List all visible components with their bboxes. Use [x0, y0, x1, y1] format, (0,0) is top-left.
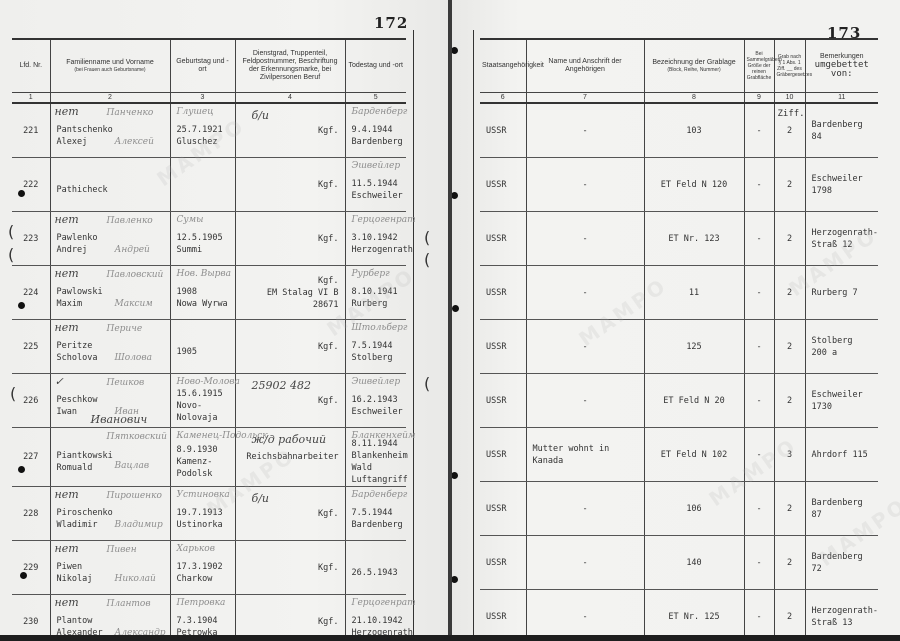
- birth-place: Summi: [177, 244, 229, 256]
- col-header-death: Todestag und -ort: [345, 39, 406, 93]
- grave-size: -: [744, 320, 774, 374]
- relatives: -: [526, 482, 644, 536]
- table-row: 224нетПавловскийPawlowskiMaximМаксимНов.…: [12, 266, 406, 320]
- rank-detail: EM Stalag VI B 28671: [242, 287, 339, 311]
- page-number-left: 172: [374, 14, 408, 32]
- death-place: Eschweiler: [352, 406, 401, 418]
- handwritten-surname: Плантов: [107, 598, 151, 610]
- punch-hole: [452, 305, 459, 312]
- name-cell: нетПанченкоPantschenkoAlexejАлексей: [50, 103, 170, 158]
- col-num: 11: [805, 93, 878, 104]
- death-place: Bardenberg: [352, 136, 401, 148]
- grave-size: -: [744, 266, 774, 320]
- remarks: Bardenberg 87: [805, 482, 878, 536]
- entry-number: 229: [12, 541, 50, 595]
- handwritten-mark: нет: [55, 106, 79, 118]
- header-row: Staatsangehörigkeit Name und Anschrift d…: [480, 39, 878, 93]
- handwritten-deathplace: Барденберг: [352, 106, 408, 118]
- remarks: Bardenberg 84: [805, 103, 878, 158]
- margin-line: [413, 30, 414, 635]
- relatives: -: [526, 536, 644, 590]
- entry-number: 222: [12, 158, 50, 212]
- entry-number: 224: [12, 266, 50, 320]
- handwritten-deathplace: Штольберг: [352, 322, 408, 334]
- death-place: Bardenberg: [352, 519, 401, 531]
- birth-cell: Устиновка19.7.1913Ustinorka: [170, 487, 235, 541]
- punch-hole: [452, 576, 458, 583]
- right-page: 173 Staatsangehörigkeit Name und Anschri…: [452, 0, 900, 641]
- table-row: USSR-11-2Rurberg 7: [480, 266, 878, 320]
- death-place: Blankenheim Wald Luftangriff: [352, 450, 401, 486]
- handwritten-surname: Пирошенко: [107, 490, 162, 502]
- name-cell: нетПавловскийPawlowskiMaximМаксим: [50, 266, 170, 320]
- handwritten-firstname: Николай: [115, 573, 156, 585]
- column-number-row: 1 2 3 4 5: [12, 93, 406, 104]
- rank-cell: б/иKgf.: [235, 487, 345, 541]
- rank-cell: Kgf.EM Stalag VI B 28671: [235, 266, 345, 320]
- relatives: -: [526, 320, 644, 374]
- handwritten-mark: нет: [55, 322, 79, 334]
- death-place: Stolberg: [352, 352, 401, 364]
- grave-size: -: [744, 212, 774, 266]
- handwritten-deathplace: Эшвейлер: [352, 160, 401, 172]
- col-header-nationality: Staatsangehörigkeit: [480, 39, 526, 93]
- binding-mark: (: [424, 374, 430, 393]
- name-cell: нетПирошенкоPiroschenkoWladimirВладимир: [50, 487, 170, 541]
- birth-place: Novo-Nolovaja: [177, 400, 229, 424]
- rank: Kgf.: [242, 341, 339, 353]
- handwritten-rank-note: б/и: [252, 110, 270, 122]
- handwritten-deathplace: Бланкенхейм: [352, 430, 416, 442]
- rank-cell: Kgf.: [235, 541, 345, 595]
- grave-law-ziff: 2: [774, 374, 805, 428]
- binding-mark: (: [424, 228, 430, 247]
- birth-cell: [170, 158, 235, 212]
- rank-cell: Kgf.: [235, 158, 345, 212]
- binding-mark: (: [10, 384, 16, 403]
- death-cell: Барденберг7.5.1944Bardenberg: [345, 487, 406, 541]
- table-row: 222PathicheckKgf.Эшвейлер11.5.1944Eschwe…: [12, 158, 406, 212]
- col-num: 2: [50, 93, 170, 104]
- relatives: Mutter wohnt in Kanada: [526, 428, 644, 482]
- handwritten-deathplace: Барденберг: [352, 489, 408, 501]
- death-place: Herzogenrath: [352, 244, 401, 256]
- grave-size: -: [744, 590, 774, 641]
- birth-cell: 1905: [170, 320, 235, 374]
- remarks: Rurberg 7: [805, 266, 878, 320]
- entry-number: 227: [12, 428, 50, 487]
- col-header-birth: Geburtstag und -ort: [170, 39, 235, 93]
- handwritten-birthplace: Устиновка: [177, 489, 230, 501]
- handwritten-deathplace: Эшвейлер: [352, 376, 401, 388]
- binding-mark: (: [424, 250, 430, 269]
- death-cell: Эшвейлер11.5.1944Eschweiler: [345, 158, 406, 212]
- name-cell: нетПавленкоPawlenkoAndrejАндрей: [50, 212, 170, 266]
- nationality: USSR: [480, 428, 526, 482]
- table-row: USSRMutter wohnt in KanadaET Feld N 102-…: [480, 428, 878, 482]
- grave-law-ziff: 2: [774, 590, 805, 641]
- col-num: 5: [345, 93, 406, 104]
- grave-size: -: [744, 482, 774, 536]
- table-row: USSR-ET Nr. 125-2Herzogenrath-Straß 13: [480, 590, 878, 641]
- handwritten-rank-note: б/и: [252, 493, 270, 505]
- surname: Piantkowski: [57, 440, 164, 462]
- table-row: USSR-125-2Stolberg 200 a: [480, 320, 878, 374]
- handwritten-surname: Павловский: [107, 269, 164, 281]
- column-number-row: 6 7 8 9 10 11: [480, 93, 878, 104]
- burial-register-right-table: Staatsangehörigkeit Name und Anschrift d…: [480, 38, 878, 641]
- nationality: USSR: [480, 103, 526, 158]
- handwritten-rank-note: 25902 482: [252, 380, 312, 392]
- col-header-remarks: Bemerkungenumgebettet von:: [805, 39, 878, 93]
- table-row: USSR-140-2Bardenberg 72: [480, 536, 878, 590]
- rank: Reichsbahnarbeiter: [242, 451, 339, 463]
- birth-date: [177, 180, 229, 190]
- nationality: USSR: [480, 590, 526, 641]
- nationality: USSR: [480, 212, 526, 266]
- grave-location: ET Feld N 102: [644, 428, 744, 482]
- handwritten-surname: Пивен: [107, 544, 137, 556]
- table-row: 228нетПирошенкоPiroschenkoWladimirВладим…: [12, 487, 406, 541]
- death-cell: 26.5.1943: [345, 541, 406, 595]
- relatives: -: [526, 266, 644, 320]
- grave-size: -: [744, 374, 774, 428]
- table-row: USSR-103-Ziff.2Bardenberg 84: [480, 103, 878, 158]
- rank: Kgf.: [242, 508, 339, 520]
- scan-edge: [0, 635, 900, 641]
- birth-cell: Ново-Молова15.6.1915Novo-Nolovaja: [170, 374, 235, 428]
- handwritten-firstname: Шолова: [115, 352, 152, 364]
- handwritten-firstname: Владимир: [115, 519, 163, 531]
- name-cell: нетПеричеPeritzeScholovaШолова: [50, 320, 170, 374]
- table-row: 226✓ПешковPeschkowIwanИванИвановичНово-М…: [12, 374, 406, 428]
- col-num: 3: [170, 93, 235, 104]
- birth-cell: Сумы12.5.1905Summi: [170, 212, 235, 266]
- birth-place: Kamenz-Podolsk: [177, 456, 229, 480]
- relatives: -: [526, 212, 644, 266]
- grave-location: ET Feld N 120: [644, 158, 744, 212]
- col-header-grave-law: Grab nach § 1 Abs. 1 Ziff. __ des Gräber…: [774, 39, 805, 93]
- table-row: 221нетПанченкоPantschenkoAlexejАлексейГл…: [12, 103, 406, 158]
- death-place: Eschweiler: [352, 190, 401, 202]
- remarks: Stolberg 200 a: [805, 320, 878, 374]
- birth-date: 1905: [177, 336, 229, 358]
- grave-location: 125: [644, 320, 744, 374]
- birth-place: Nowa Wyrwa: [177, 298, 229, 310]
- table-row: USSR-106-2Bardenberg 87: [480, 482, 878, 536]
- col-num: 6: [480, 93, 526, 104]
- handwritten-surname: Пятковский: [107, 431, 167, 443]
- nationality: USSR: [480, 158, 526, 212]
- handwritten-mark: нет: [55, 597, 79, 609]
- handwritten-birthplace: Глушец: [177, 106, 214, 118]
- grave-law-ziff: 2: [774, 482, 805, 536]
- birth-cell: Глушец25.7.1921Gluschez: [170, 103, 235, 158]
- rank-cell: б/иKgf.: [235, 103, 345, 158]
- birth-place: Gluschez: [177, 136, 229, 148]
- grave-law-ziff: 2: [774, 212, 805, 266]
- relatives: -: [526, 158, 644, 212]
- grave-size: -: [744, 428, 774, 482]
- death-cell: Штольберг7.5.1944Stolberg: [345, 320, 406, 374]
- grave-location: 11: [644, 266, 744, 320]
- handwritten-mark: нет: [55, 268, 79, 280]
- death-cell: Барденберг9.4.1944Bardenberg: [345, 103, 406, 158]
- grave-law-ziff: 2: [774, 266, 805, 320]
- rank: Kgf.: [242, 395, 339, 407]
- name-cell: ПятковскийPiantkowskiRomualdВацлав: [50, 428, 170, 487]
- death-cell: Бланкенхейм8.11.1944Blankenheim Wald Luf…: [345, 428, 406, 487]
- handwritten-rank-note: ж/д рабочий: [252, 434, 327, 446]
- binding-mark: (: [8, 222, 14, 241]
- margin-line: [473, 30, 474, 635]
- handwritten-firstname: Алексей: [115, 136, 154, 148]
- punch-hole: [18, 466, 25, 473]
- handwritten-surname: Периче: [107, 323, 143, 335]
- death-cell: Эшвейлер16.2.1943Eschweiler: [345, 374, 406, 428]
- relatives: -: [526, 590, 644, 641]
- nationality: USSR: [480, 374, 526, 428]
- handwritten-surname: Павленко: [107, 215, 153, 227]
- left-page: 172 Lfd. Nr. Familienname und Vorname(be…: [0, 0, 448, 641]
- handwritten-birthplace: Ново-Молова: [177, 376, 240, 388]
- birth-cell: Нов. Вырва1908Nowa Wyrwa: [170, 266, 235, 320]
- punch-hole: [452, 472, 458, 479]
- handwritten-surname: Панченко: [107, 107, 154, 119]
- rank: Kgf.: [242, 233, 339, 245]
- grave-size: -: [744, 103, 774, 158]
- col-header-grave-location: Bezeichnung der Grablage(Block, Reihe, N…: [644, 39, 744, 93]
- death-date: 26.5.1943: [352, 557, 401, 579]
- col-num: 10: [774, 93, 805, 104]
- remarks: Herzogenrath-Straß 12: [805, 212, 878, 266]
- table-row: 223нетПавленкоPawlenkoAndrejАндрейСумы12…: [12, 212, 406, 266]
- handwritten-firstname: Вацлав: [115, 460, 150, 472]
- handwritten-firstname: Максим: [115, 298, 153, 310]
- relatives: -: [526, 103, 644, 158]
- grave-location: 140: [644, 536, 744, 590]
- grave-location: 103: [644, 103, 744, 158]
- col-num: 8: [644, 93, 744, 104]
- grave-location: ET Nr. 123: [644, 212, 744, 266]
- grave-law-ziff: 3: [774, 428, 805, 482]
- surname: Pathicheck: [57, 174, 164, 196]
- death-cell: Герцогенрат3.10.1942Herzogenrath: [345, 212, 406, 266]
- handwritten-deathplace: Герцогенрат: [352, 214, 416, 226]
- grave-size: -: [744, 158, 774, 212]
- handwritten-deathplace: Герцогенрат: [352, 597, 416, 609]
- nationality: USSR: [480, 320, 526, 374]
- handwritten-mark: нет: [55, 489, 79, 501]
- handwritten-birthplace: Сумы: [177, 214, 204, 226]
- grave-size: -: [744, 536, 774, 590]
- grave-location: 106: [644, 482, 744, 536]
- rank: Kgf.: [242, 125, 339, 137]
- grave-law-ziff: 2: [774, 536, 805, 590]
- col-num: 9: [744, 93, 774, 104]
- nationality: USSR: [480, 482, 526, 536]
- entry-number: 228: [12, 487, 50, 541]
- grave-location: ET Nr. 125: [644, 590, 744, 641]
- handwritten-patronymic: Иванович: [91, 414, 148, 426]
- birth-place: Charkow: [177, 573, 229, 585]
- col-num: 7: [526, 93, 644, 104]
- burial-register-left-table: Lfd. Nr. Familienname und Vorname(bei Fr…: [12, 38, 406, 641]
- handwritten-birthplace: Нов. Вырва: [177, 268, 232, 280]
- table-row: USSR-ET Feld N 120-2Eschweiler 1798: [480, 158, 878, 212]
- handwritten-birthplace: Петровка: [177, 597, 226, 609]
- rank: Kgf.: [242, 562, 339, 574]
- rank-cell: Kgf.: [235, 320, 345, 374]
- birth-cell: Каменец-Подольск8.9.1930Kamenz-Podolsk: [170, 428, 235, 487]
- punch-hole: [18, 302, 25, 309]
- remarks: Herzogenrath-Straß 13: [805, 590, 878, 641]
- nationality: USSR: [480, 536, 526, 590]
- table-row: 227ПятковскийPiantkowskiRomualdВацлавКам…: [12, 428, 406, 487]
- handwritten-deathplace: Рурберг: [352, 268, 390, 280]
- birth-cell: Харьков17.3.1902Charkow: [170, 541, 235, 595]
- entry-number: 226: [12, 374, 50, 428]
- punch-hole: [452, 47, 458, 54]
- handwritten-birthplace: Харьков: [177, 543, 215, 555]
- col-header-rank: Dienstgrad, Truppenteil, Feldpostnummer,…: [235, 39, 345, 93]
- punch-hole: [20, 572, 27, 579]
- name-cell: ✓ПешковPeschkowIwanИванИванович: [50, 374, 170, 428]
- header-row: Lfd. Nr. Familienname und Vorname(bei Fr…: [12, 39, 406, 93]
- death-place: Rurberg: [352, 298, 401, 310]
- handwritten-surname: Пешков: [107, 377, 145, 389]
- rank-cell: ж/д рабочийReichsbahnarbeiter: [235, 428, 345, 487]
- col-num: 4: [235, 93, 345, 104]
- col-header-nr: Lfd. Nr.: [12, 39, 50, 93]
- binding-mark: (: [8, 245, 14, 264]
- punch-hole: [18, 190, 25, 197]
- remarks: Bardenberg 72: [805, 536, 878, 590]
- col-header-name: Familienname und Vorname(bei Frauen auch…: [50, 39, 170, 93]
- rank-cell: 25902 482Kgf.: [235, 374, 345, 428]
- birth-place: Ustinorka: [177, 519, 229, 531]
- handwritten-mark: нет: [55, 214, 79, 226]
- col-num: 1: [12, 93, 50, 104]
- grave-location: ET Feld N 20: [644, 374, 744, 428]
- name-cell: нетПивенPiwenNikolajНиколай: [50, 541, 170, 595]
- relatives: -: [526, 374, 644, 428]
- rank: Kgf.: [242, 616, 339, 628]
- name-cell: Pathicheck: [50, 158, 170, 212]
- table-row: 229нетПивенPiwenNikolajНиколайХарьков17.…: [12, 541, 406, 595]
- table-row: 225нетПеричеPeritzeScholovaШолова1905Kgf…: [12, 320, 406, 374]
- handwritten-firstname: Андрей: [115, 244, 150, 256]
- remarks: Eschweiler 1730: [805, 374, 878, 428]
- col-header-grave-size: Bei Sammelgräbern Größe der reinen Grabf…: [744, 39, 774, 93]
- grave-law-ziff: Ziff.2: [774, 103, 805, 158]
- remarks: Ahrdorf 115: [805, 428, 878, 482]
- rank: Kgf.: [242, 275, 339, 287]
- rank: Kgf.: [242, 179, 339, 191]
- grave-law-ziff: 2: [774, 158, 805, 212]
- remarks: Eschweiler 1798: [805, 158, 878, 212]
- entry-number: 225: [12, 320, 50, 374]
- entry-number: 221: [12, 103, 50, 158]
- handwritten-mark: нет: [55, 543, 79, 555]
- table-row: USSR-ET Nr. 123-2Herzogenrath-Straß 12: [480, 212, 878, 266]
- table-row: USSR-ET Feld N 20-2Eschweiler 1730: [480, 374, 878, 428]
- ziff-note: Ziff.: [778, 108, 805, 120]
- handwritten-mark: ✓: [55, 376, 64, 388]
- punch-hole: [452, 192, 458, 199]
- nationality: USSR: [480, 266, 526, 320]
- rank-cell: Kgf.: [235, 212, 345, 266]
- entry-number: 223: [12, 212, 50, 266]
- grave-law-ziff: 2: [774, 320, 805, 374]
- death-cell: Рурберг8.10.1941Rurberg: [345, 266, 406, 320]
